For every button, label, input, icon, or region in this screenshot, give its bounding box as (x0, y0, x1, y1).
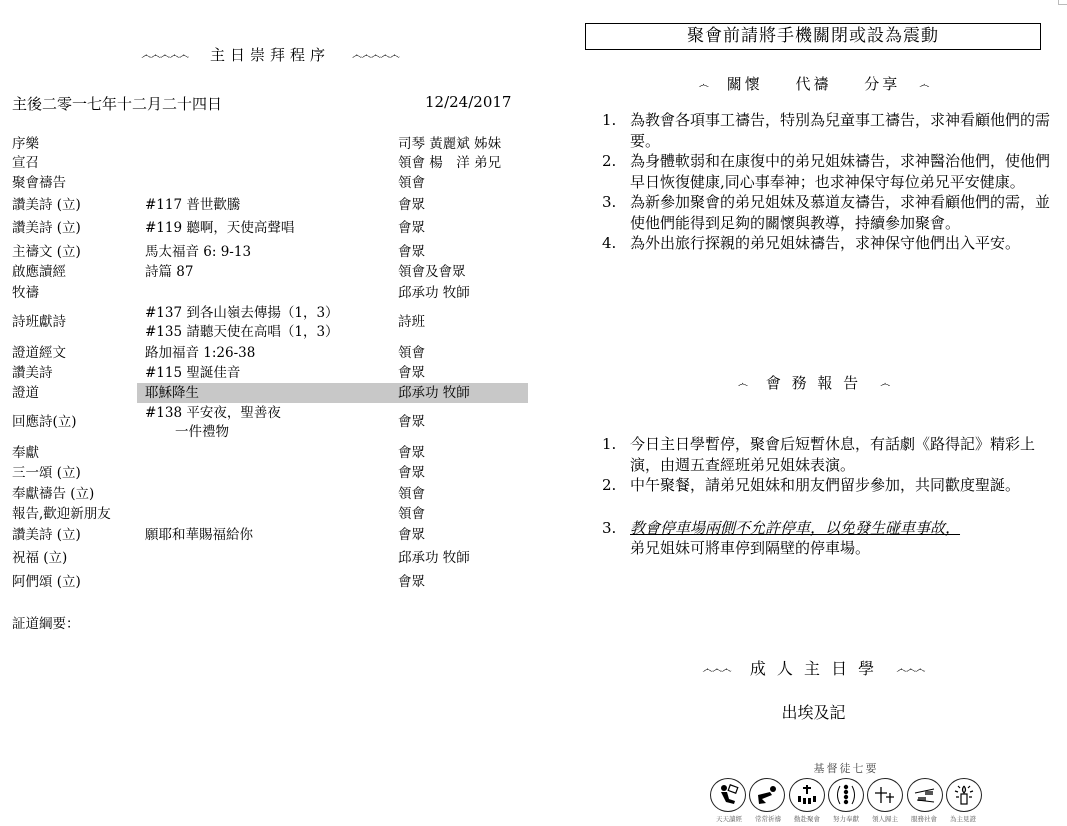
program-row: 序樂司琴 黃麗斌 姊妹 (12, 136, 532, 154)
program-leader: 邱承功 牧師 (398, 385, 470, 402)
program-leader: 會眾 (398, 574, 425, 591)
program-item: 奉獻 (12, 445, 39, 462)
lead-to-lord-icon (867, 778, 903, 812)
program-leader: 會眾 (398, 445, 425, 462)
program-leader: 領會 (398, 506, 425, 523)
phone-notice: 聚會前請將手機關閉或設為震動 (585, 23, 1041, 50)
program-leader: 領會 (398, 175, 425, 192)
program-leader: 領會 (398, 345, 425, 362)
program-content: #115 聖誕佳音 (145, 365, 240, 382)
ornament-icon: ෴ (919, 78, 928, 91)
program-leader: 領會及會眾 (398, 264, 466, 281)
ornament-left-icon: ෴෴෴෴෴ (141, 49, 188, 62)
program-row: 讚美詩 (立)#119 聽啊，天使高聲唱會眾 (12, 220, 532, 238)
announcements-page: 聚會前請將手機關閉或設為震動 ෴ 關懷 代禱 分享 ෴ 1. 為教會各項事工禱告… (560, 0, 1067, 826)
program-row: 啟應讀經詩篇 87領會及會眾 (12, 264, 532, 282)
announcement-section-title: ෴ 會 務 報 告 ෴ (560, 372, 1067, 393)
announcement-item: 1. 今日主日學暫停，聚會后短暫休息，有話劇《路得記》精彩上演，由週五查經班弟兄… (602, 434, 1058, 475)
program-item: 讚美詩 (立) (12, 197, 81, 214)
program-leader: 會眾 (398, 465, 425, 482)
program-content: 願耶和華賜福給你 (145, 527, 253, 544)
program-item: 回應詩(立) (12, 414, 77, 431)
logo-labels: 天天讀經 常常祈禱 勤赴聚會 努力奉獻 領人歸主 服務社會 為主見證 (710, 814, 982, 823)
program-content-line2: #135 請聽天使在高唱（1，3） (145, 324, 339, 341)
program-row: 奉獻禱告 (立)領會 (12, 486, 532, 504)
program-leader: 會眾 (398, 527, 425, 544)
program-title-bar: ෴෴෴෴෴ 主日崇拜程序 ෴෴෴෴෴ (0, 44, 540, 65)
program-item: 讚美詩 (立) (12, 220, 81, 237)
date-numeric: 12/24/2017 (425, 93, 511, 111)
sermon-outline-label: 証道綱要： (12, 612, 80, 632)
offering-fish-icon (828, 778, 864, 812)
program-row: 祝福 (立)邱承功 牧師 (12, 550, 532, 568)
program-row: 證道耶穌降生邱承功 牧師 (12, 385, 532, 403)
program-content: #117 普世歡騰 (145, 197, 240, 214)
program-leader: 會眾 (398, 220, 425, 237)
announcement-item: 2. 中午聚餐，請弟兄姐妹和朋友們留步參加，共同歡度聖誕。 (602, 475, 1058, 496)
program-leader: 詩班 (398, 314, 425, 331)
program-row: 證道經文路加福音 1:26-38領會 (12, 345, 532, 363)
program-row: 回應詩(立)#138 平安夜，聖善夜一件禮物會眾 (12, 405, 532, 441)
program-item: 聚會禱告 (12, 175, 66, 192)
program-row: 讚美詩#115 聖誕佳音會眾 (12, 365, 532, 383)
program-content: 耶穌降生 (145, 385, 199, 402)
program-row: 奉獻會眾 (12, 445, 532, 463)
program-item: 報告,歡迎新朋友 (12, 506, 111, 523)
sunday-school-title: ෴෴෴ 成 人 主 日 學 ෴෴෴ (560, 656, 1067, 679)
program-row: 牧禱邱承功 牧師 (12, 285, 532, 303)
program-item: 證道經文 (12, 345, 66, 362)
program-content-line2: 一件禮物 (175, 424, 229, 441)
program-content: #137 到各山嶺去傳揚（1，3） (145, 305, 339, 322)
program-content: #138 平安夜，聖善夜 (145, 405, 281, 422)
serve-society-icon (907, 778, 943, 812)
program-item: 讚美詩 (12, 365, 53, 382)
program-item: 三一頌 (立) (12, 465, 81, 482)
program-leader: 邱承功 牧師 (398, 550, 470, 567)
prayer-list: 1. 為教會各項事工禱告，特別為兒童事工禱告，求神看顧他們的需要。 2. 為身體… (602, 110, 1058, 254)
kneeling-prayer-icon (749, 778, 785, 812)
parking-warning: 教會停車場兩側不允許停車，以免發生碰車事故， (630, 519, 960, 537)
program-leader: 會眾 (398, 197, 425, 214)
prayer-item: 1. 為教會各項事工禱告，特別為兒童事工禱告，求神看顧他們的需要。 (602, 110, 1058, 151)
program-item: 啟應讀經 (12, 264, 66, 281)
program-item: 祝福 (立) (12, 550, 67, 567)
program-row: 主禱文 (立)馬太福音 6: 9-13會眾 (12, 244, 532, 262)
program-item: 阿們頌 (立) (12, 574, 81, 591)
congregation-cross-icon (789, 778, 825, 812)
program-row: 阿們頌 (立)會眾 (12, 574, 532, 592)
program-leader: 司琴 黃麗斌 姊妹 (398, 136, 501, 153)
reading-bible-icon (710, 778, 746, 812)
ornament-icon: ෴ (698, 78, 707, 91)
program-leader: 領會 (398, 486, 425, 503)
program-leader: 領會 楊 洋 弟兄 (398, 155, 501, 172)
program-leader: 會眾 (398, 365, 425, 382)
prayer-item: 3. 為新參加聚會的弟兄姐妹及慕道友禱告，求神看顧他們的需，並使他們能得到足夠的… (602, 192, 1058, 233)
worship-program-page: ෴෴෴෴෴ 主日崇拜程序 ෴෴෴෴෴ 主後二零一七年十二月二十四日 12/24/… (0, 0, 540, 826)
program-item: 證道 (12, 385, 39, 402)
program-content: 詩篇 87 (145, 264, 193, 281)
program-row: 聚會禱告領會 (12, 175, 532, 193)
program-title: 主日崇拜程序 (210, 46, 330, 64)
program-item: 讚美詩 (立) (12, 527, 81, 544)
program-row: 報告,歡迎新朋友領會 (12, 506, 532, 524)
date-chinese: 主後二零一七年十二月二十四日 (12, 93, 222, 114)
program-content: 馬太福音 6: 9-13 (145, 244, 251, 261)
program-content: 路加福音 1:26-38 (145, 345, 255, 362)
ornament-icon: ෴෴෴ (896, 663, 924, 676)
candle-witness-icon (946, 778, 982, 812)
logo-title: 基督徒七要 (710, 760, 982, 776)
program-row: 三一頌 (立)會眾 (12, 465, 532, 483)
program-leader: 會眾 (398, 414, 425, 431)
program-item: 主禱文 (立) (12, 244, 81, 261)
seven-essentials-logo: 基督徒七要 天天讀經 常 (710, 760, 982, 826)
prayer-section-title: ෴ 關懷 代禱 分享 ෴ (560, 73, 1067, 94)
program-item: 序樂 (12, 136, 39, 153)
program-row: 宣召領會 楊 洋 弟兄 (12, 155, 532, 173)
program-item: 奉獻禱告 (立) (12, 486, 94, 503)
announcement-list: 1. 今日主日學暫停，聚會后短暫休息，有話劇《路得記》精彩上演，由週五查經班弟兄… (602, 434, 1058, 559)
program-item: 宣召 (12, 155, 39, 172)
announcement-item: 3. 教會停車場兩側不允許停車，以免發生碰車事故， 弟兄姐妹可將車停到隔壁的停車… (602, 518, 1058, 559)
ornament-right-icon: ෴෴෴෴෴ (352, 49, 399, 62)
ornament-icon: ෴ (738, 377, 747, 390)
program-item: 詩班獻詩 (12, 314, 66, 331)
prayer-item: 2. 為身體軟弱和在康復中的弟兄姐妹禱告，求神醫治他們，使他們早日恢復健康,同心… (602, 151, 1058, 192)
program-leader: 邱承功 牧師 (398, 285, 470, 302)
program-content: #119 聽啊，天使高聲唱 (145, 220, 294, 237)
ornament-icon: ෴ (880, 377, 889, 390)
program-row: 讚美詩 (立)願耶和華賜福給你會眾 (12, 527, 532, 545)
sunday-school-lesson: 出埃及記 (560, 700, 1067, 723)
program-leader: 會眾 (398, 244, 425, 261)
ornament-icon: ෴෴෴ (702, 663, 730, 676)
program-item: 牧禱 (12, 285, 39, 302)
program-row: 讚美詩 (立)#117 普世歡騰會眾 (12, 197, 532, 215)
program-row: 詩班獻詩#137 到各山嶺去傳揚（1，3）#135 請聽天使在高唱（1，3）詩班 (12, 305, 532, 341)
prayer-item: 4. 為外出旅行探親的弟兄姐妹禱告，求神保守他們出入平安。 (602, 233, 1058, 254)
